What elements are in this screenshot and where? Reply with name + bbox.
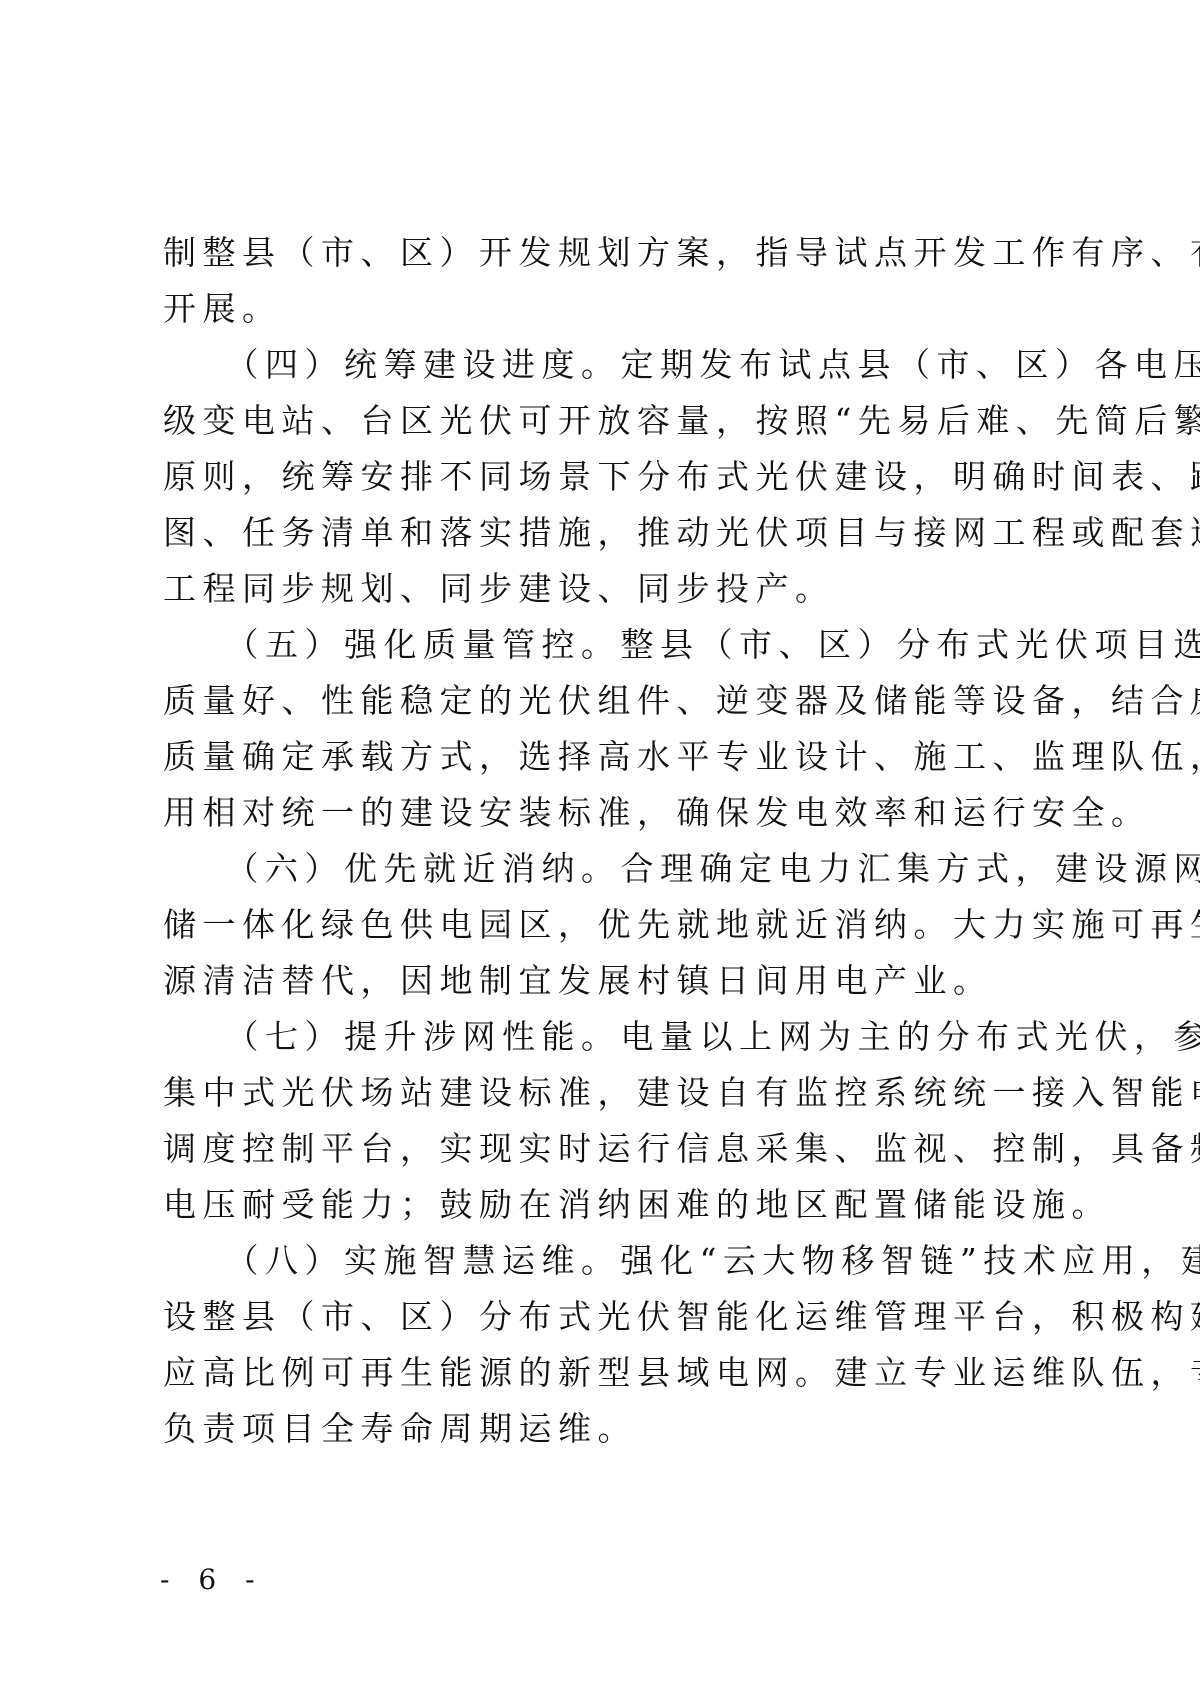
text-line: 集中式光伏场站建设标准，建设自有监控系统统一接入智能电网 [163,1065,1043,1121]
text-line: 级变电站、台区光伏可开放容量，按照“先易后难、先简后繁” [163,393,1043,449]
text-line: 应高比例可再生能源的新型县域电网。建立专业运维队伍，专职 [163,1345,1043,1401]
text-line: 开展。 [163,281,1043,337]
page-number: - 6 - [160,1560,265,1600]
text-line: 工程同步规划、同步建设、同步投产。 [163,561,1043,617]
text-line: 储一体化绿色供电园区，优先就地就近消纳。大力实施可再生能 [163,897,1043,953]
text-line: 用相对统一的建设安装标准，确保发电效率和运行安全。 [163,785,1043,841]
section-heading-line-4: （四）统筹建设进度。定期发布试点县（市、区）各电压等 [163,337,1043,393]
section-heading-line-6: （六）优先就近消纳。合理确定电力汇集方式，建设源网荷 [163,841,1043,897]
document-page: 制整县（市、区）开发规划方案，指导试点开发工作有序、有效 开展。 （四）统筹建设… [0,0,1200,1697]
text-line: 设整县（市、区）分布式光伏智能化运维管理平台，积极构建适 [163,1289,1043,1345]
text-line: 负责项目全寿命周期运维。 [163,1401,1043,1457]
section-heading-line-8: （八）实施智慧运维。强化“云大物移智链”技术应用，建 [163,1233,1043,1289]
text-line: 原则，统筹安排不同场景下分布式光伏建设，明确时间表、路线 [163,449,1043,505]
body-text: 制整县（市、区）开发规划方案，指导试点开发工作有序、有效 开展。 （四）统筹建设… [163,225,1043,1457]
text-line: 制整县（市、区）开发规划方案，指导试点开发工作有序、有效 [163,225,1043,281]
text-line: 图、任务清单和落实措施，推动光伏项目与接网工程或配套送出 [163,505,1043,561]
text-line: 质量好、性能稳定的光伏组件、逆变器及储能等设备，结合房屋 [163,673,1043,729]
text-line: 质量确定承载方式，选择高水平专业设计、施工、监理队伍，采 [163,729,1043,785]
section-heading-line-5: （五）强化质量管控。整县（市、区）分布式光伏项目选择 [163,617,1043,673]
text-line: 调度控制平台，实现实时运行信息采集、监视、控制，具备频率、 [163,1121,1043,1177]
section-heading-line-7: （七）提升涉网性能。电量以上网为主的分布式光伏，参照 [163,1009,1043,1065]
text-line: 电压耐受能力；鼓励在消纳困难的地区配置储能设施。 [163,1177,1043,1233]
text-line: 源清洁替代，因地制宜发展村镇日间用电产业。 [163,953,1043,1009]
